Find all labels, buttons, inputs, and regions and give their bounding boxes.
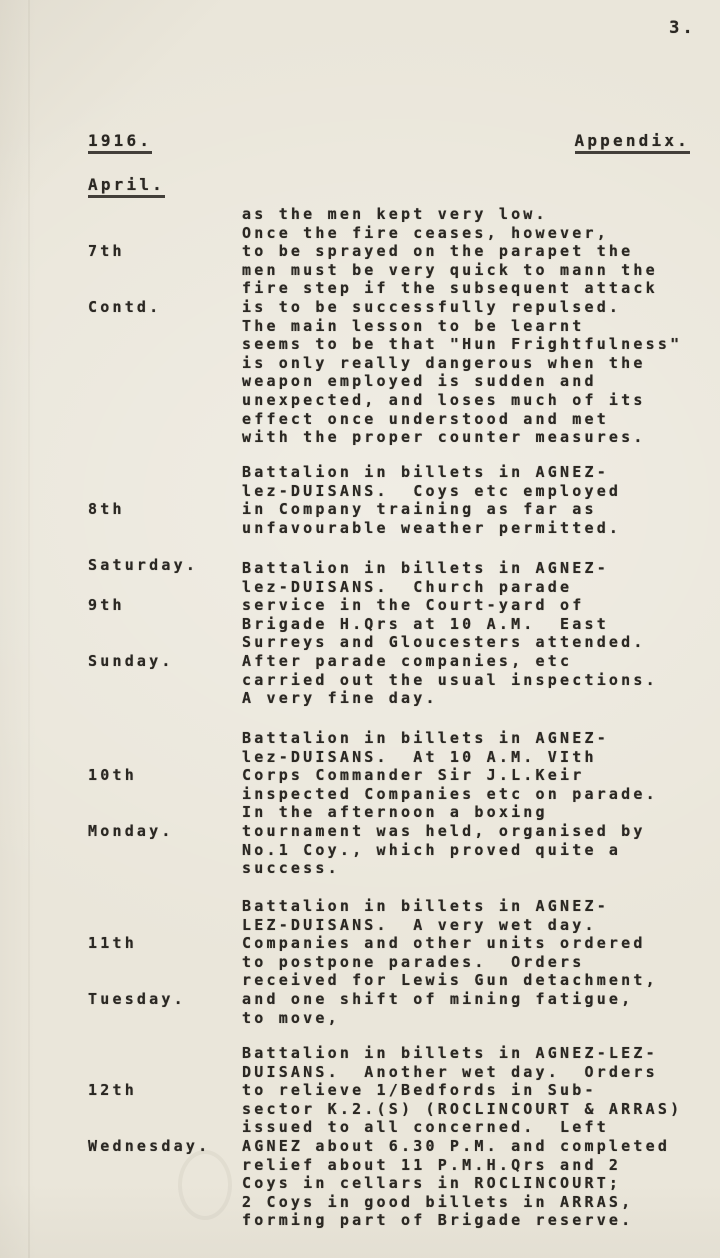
entry-day: Wednesday. <box>88 1137 242 1156</box>
entry-line: issued to all concerned. Left <box>242 1118 702 1137</box>
entry-day: Contd. <box>88 298 242 317</box>
entry-body: Battalion in billets in AGNEZ-lez-DUISAN… <box>242 729 702 878</box>
entry-line: service in the Court-yard of <box>242 596 702 615</box>
entry-line: to postpone parades. Orders <box>242 953 702 972</box>
entry-line: is only really dangerous when the <box>242 354 702 373</box>
entry-line: seems to be that "Hun Frightfulness" <box>242 335 702 354</box>
entry-body: Battalion in billets in AGNEZ-LEZ-DUISAN… <box>242 1044 702 1230</box>
entries: 7th Contd. as the men kept very low.Once… <box>0 0 720 1258</box>
entry-line: In the afternoon a boxing <box>242 803 702 822</box>
entry-line: lez-DUISANS. Coys etc employed <box>242 482 702 501</box>
entry-date-column: 10th Monday. <box>88 729 242 878</box>
diary-entry: 10th Monday. Battalion in billets in AGN… <box>88 729 702 878</box>
entry-line: relief about 11 P.M.H.Qrs and 2 <box>242 1156 702 1175</box>
entry-line: forming part of Brigade reserve. <box>242 1211 702 1230</box>
entry-date-column: 9th Sunday. <box>88 559 242 708</box>
entry-date: 11th <box>88 934 242 953</box>
entry-line: as the men kept very low. <box>242 205 702 224</box>
entry-day: Sunday. <box>88 652 242 671</box>
entry-line: in Company training as far as <box>242 500 702 519</box>
entry-line: to relieve 1/Bedfords in Sub- <box>242 1081 702 1100</box>
entry-line: to be sprayed on the parapet the <box>242 242 702 261</box>
entry-line: fire step if the subsequent attack <box>242 279 702 298</box>
entry-body: as the men kept very low.Once the fire c… <box>242 205 702 447</box>
entry-date: 12th <box>88 1081 242 1100</box>
diary-entry: 7th Contd. as the men kept very low.Once… <box>88 205 702 447</box>
entry-line: Coys in cellars in ROCLINCOURT; <box>242 1174 702 1193</box>
entry-line: AGNEZ about 6.30 P.M. and completed <box>242 1137 702 1156</box>
entry-date: 8th <box>88 500 242 519</box>
diary-entry: 11th Tuesday. Battalion in billets in AG… <box>88 897 702 1046</box>
entry-line: Battalion in billets in AGNEZ- <box>242 729 702 748</box>
entry-date-column: 11th Tuesday. <box>88 897 242 1046</box>
entry-line: Companies and other units ordered <box>242 934 702 953</box>
entry-line: The main lesson to be learnt <box>242 317 702 336</box>
entry-line: Once the fire ceases, however, <box>242 224 702 243</box>
diary-entry: 9th Sunday. Battalion in billets in AGNE… <box>88 559 702 708</box>
entry-line: Corps Commander Sir J.L.Keir <box>242 766 702 785</box>
entry-date: 7th <box>88 242 242 261</box>
entry-line: DUISANS. Another wet day. Orders <box>242 1063 702 1082</box>
entry-body: Battalion in billets in AGNEZ-lez-DUISAN… <box>242 463 702 537</box>
entry-line: Battalion in billets in AGNEZ- <box>242 463 702 482</box>
entry-line: A very fine day. <box>242 689 702 708</box>
entry-line: sector K.2.(S) (ROCLINCOURT & ARRAS) <box>242 1100 702 1119</box>
entry-line: 2 Coys in good billets in ARRAS, <box>242 1193 702 1212</box>
entry-line: Battalion in billets in AGNEZ- <box>242 559 702 578</box>
entry-line: unfavourable weather permitted. <box>242 519 702 538</box>
entry-line: After parade companies, etc <box>242 652 702 671</box>
entry-line: lez-DUISANS. Church parade <box>242 578 702 597</box>
entry-day: Monday. <box>88 822 242 841</box>
entry-line: lez-DUISANS. At 10 A.M. VIth <box>242 748 702 767</box>
entry-line: unexpected, and loses much of its <box>242 391 702 410</box>
diary-entry: 12th Wednesday. Battalion in billets in … <box>88 1044 702 1230</box>
entry-line: LEZ-DUISANS. A very wet day. <box>242 916 702 935</box>
entry-line: with the proper counter measures. <box>242 428 702 447</box>
entry-line: men must be very quick to mann the <box>242 261 702 280</box>
entry-line: Surreys and Gloucesters attended. <box>242 633 702 652</box>
entry-line: and one shift of mining fatigue, <box>242 990 702 1009</box>
entry-date-column: 7th Contd. <box>88 205 242 354</box>
entry-line: Battalion in billets in AGNEZ-LEZ- <box>242 1044 702 1063</box>
entry-date: 9th <box>88 596 242 615</box>
entry-line: weapon employed is sudden and <box>242 372 702 391</box>
entry-line: Battalion in billets in AGNEZ- <box>242 897 702 916</box>
entry-line: carried out the usual inspections. <box>242 671 702 690</box>
diary-page: 3. 1916. Appendix. April. 7th Contd. as … <box>0 0 720 1258</box>
entry-body: Battalion in billets in AGNEZ-LEZ-DUISAN… <box>242 897 702 1027</box>
entry-line: No.1 Coy., which proved quite a <box>242 841 702 860</box>
entry-date: 10th <box>88 766 242 785</box>
entry-date-column: 12th Wednesday. <box>88 1044 242 1193</box>
entry-line: received for Lewis Gun detachment, <box>242 971 702 990</box>
entry-day: Tuesday. <box>88 990 242 1009</box>
entry-line: success. <box>242 859 702 878</box>
entry-line: tournament was held, organised by <box>242 822 702 841</box>
entry-line: Brigade H.Qrs at 10 A.M. East <box>242 615 702 634</box>
entry-line: effect once understood and met <box>242 410 702 429</box>
entry-line: to move, <box>242 1009 702 1028</box>
entry-line: inspected Companies etc on parade. <box>242 785 702 804</box>
entry-body: Battalion in billets in AGNEZ-lez-DUISAN… <box>242 559 702 708</box>
entry-line: is to be successfully repulsed. <box>242 298 702 317</box>
